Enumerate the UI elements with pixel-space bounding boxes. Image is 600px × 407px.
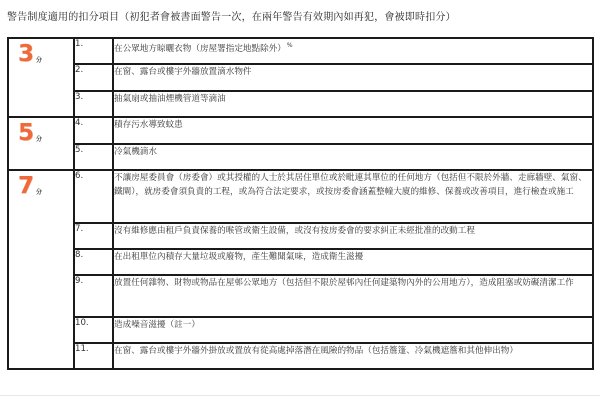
item-number: 9. (74, 275, 113, 317)
score-value: 5 (18, 122, 34, 144)
item-description: 不讓房屋委員會（房委會）或其授權的人士於其居住單位或於毗連其單位的任何地方（包括… (113, 170, 593, 223)
item-description: 抽氣扇或抽油煙機管道等滴油 (113, 91, 593, 117)
table-row: 7 分 6. 不讓房屋委員會（房委會）或其授權的人士於其居住單位或於毗連其單位的… (8, 170, 593, 223)
item-description: 放置任何雜物、財物或物品在屋邨公眾地方（包括但不限於屋邨內任何建築物內外的公用地… (113, 275, 593, 317)
item-description: 在窗、露台或樓宇外牆放置滴水物件 (113, 64, 593, 91)
table-row: 10. 造成噪音滋擾（註一） (8, 317, 593, 343)
table-row: 3. 抽氣扇或抽油煙機管道等滴油 (8, 91, 593, 117)
score-cell-3: 3 分 (8, 38, 74, 117)
table-row: 9. 放置任何雜物、財物或物品在屋邨公眾地方（包括但不限於屋邨內任何建築物內外的… (8, 275, 593, 317)
page-heading: 警告制度適用的扣分項目（初犯者會被書面警告一次，在兩年警告有效期內如再犯，會被即… (7, 8, 456, 23)
item-description: 在公眾地方晾曬衣物（房屋署指定地點除外）% (113, 38, 593, 64)
table-row: 5. 冷氣機滴水 (8, 144, 593, 170)
item-number: 11. (74, 343, 113, 369)
item-number: 5. (74, 144, 113, 170)
score-value: 7 (18, 175, 34, 197)
table-row: 3 分 1. 在公眾地方晾曬衣物（房屋署指定地點除外）% (8, 38, 593, 64)
item-number: 8. (74, 249, 113, 275)
score-unit: 分 (36, 187, 42, 196)
deduction-items-table: 3 分 1. 在公眾地方晾曬衣物（房屋署指定地點除外）% 2. 在窗、露台或樓宇… (7, 37, 594, 370)
item-description: 在窗、露台或樓宇外牆外掛放或置放有從高處掉落潛在風險的物品（包括簷篷、冷氣機遮簷… (113, 343, 593, 369)
score-badge: 3 分 (18, 43, 42, 65)
table-row: 2. 在窗、露台或樓宇外牆放置滴水物件 (8, 64, 593, 91)
score-value: 3 (18, 43, 34, 65)
item-number: 10. (74, 317, 113, 343)
footnote-mark: % (287, 42, 293, 49)
divider (0, 395, 600, 396)
item-number: 2. (74, 64, 113, 91)
item-description: 在出租單位內積存大量垃圾或廢物，產生難聞氣味，造成衛生滋擾 (113, 249, 593, 275)
item-number: 6. (74, 170, 113, 223)
score-cell-5: 5 分 (8, 117, 74, 170)
score-cell-7: 7 分 (8, 170, 74, 369)
score-unit: 分 (36, 134, 42, 143)
score-badge: 5 分 (18, 122, 42, 144)
table-row: 5 分 4. 積存污水導致蚊患 (8, 117, 593, 144)
item-text: 在公眾地方晾曬衣物（房屋署指定地點除外） (114, 44, 286, 54)
table-row: 7. 沒有維修應由租戶負責保養的喉管或衛生設備，或沒有按房委會的要求糾正未經批准… (8, 223, 593, 249)
item-number: 3. (74, 91, 113, 117)
score-unit: 分 (36, 55, 42, 64)
item-number: 4. (74, 117, 113, 144)
table-row: 11. 在窗、露台或樓宇外牆外掛放或置放有從高處掉落潛在風險的物品（包括簷篷、冷… (8, 343, 593, 369)
item-description: 沒有維修應由租戶負責保養的喉管或衛生設備，或沒有按房委會的要求糾正未經批准的改動… (113, 223, 593, 249)
item-description: 冷氣機滴水 (113, 144, 593, 170)
item-number: 7. (74, 223, 113, 249)
score-badge: 7 分 (18, 175, 42, 197)
item-description: 造成噪音滋擾（註一） (113, 317, 593, 343)
item-description: 積存污水導致蚊患 (113, 117, 593, 144)
item-number: 1. (74, 38, 113, 64)
table-row: 8. 在出租單位內積存大量垃圾或廢物，產生難聞氣味，造成衛生滋擾 (8, 249, 593, 275)
